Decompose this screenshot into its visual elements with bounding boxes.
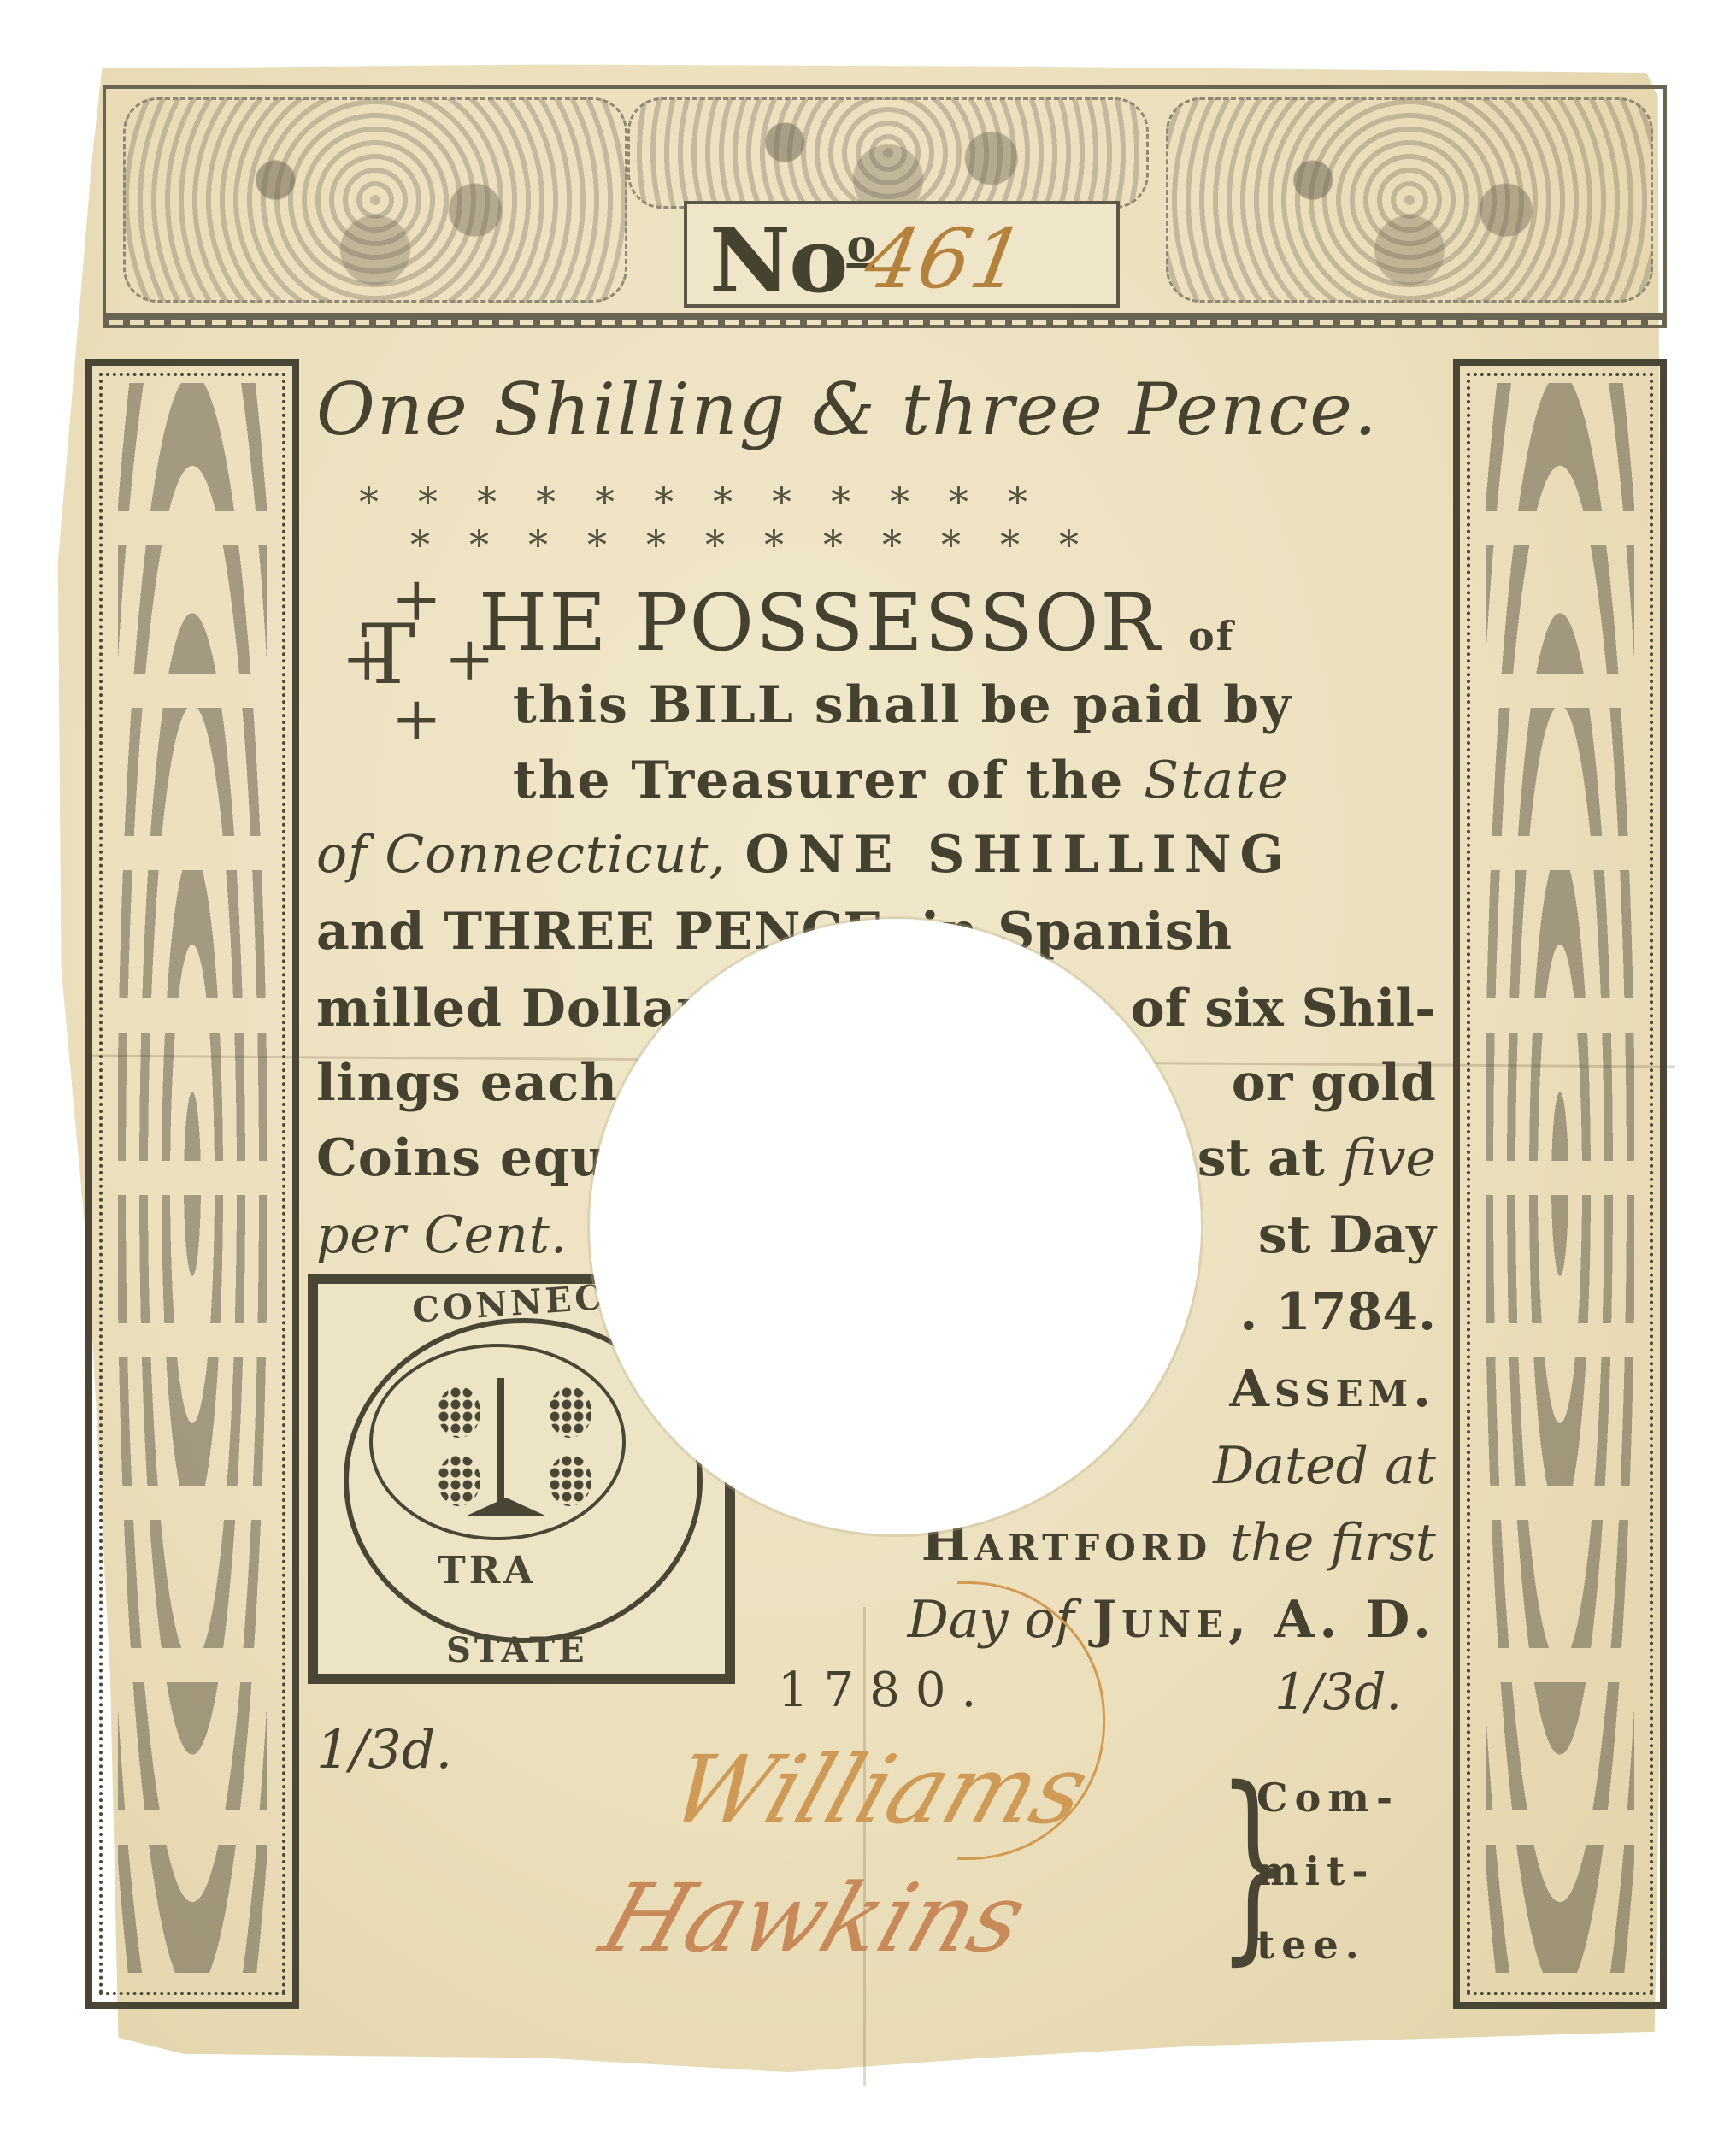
body-line-9-right: st Day — [1258, 1205, 1436, 1265]
serial-number-box: Noo 461 — [684, 201, 1120, 308]
value-right: 1/3d. — [1274, 1663, 1402, 1721]
crown-cornucopia-ornament-icon — [1166, 97, 1653, 303]
body-line-4: of Connecticut, ONE SHILLING — [316, 825, 1292, 885]
grape-cluster-icon — [549, 1455, 591, 1506]
serial-number: 461 — [858, 211, 1032, 307]
vine-scroll-ornament-icon — [1486, 383, 1634, 1985]
seal-bottom-text: STATE — [446, 1630, 588, 1670]
body-line-6-right: of six Shil- — [1131, 979, 1436, 1039]
crown-cornucopia-ornament-icon — [123, 97, 627, 303]
body-line-2: this BILL shall be paid by — [513, 675, 1292, 735]
denomination-title: One Shilling & three Pence. — [316, 368, 1379, 451]
cancellation-hole — [590, 919, 1201, 1534]
body-line-1: HE POSSESSOR of — [479, 577, 1234, 668]
signature-hawkins: Hawkins — [589, 1863, 1039, 1973]
body-line-3: the Treasurer of the State — [513, 751, 1290, 810]
body-line-13: Hartford the first — [921, 1513, 1436, 1573]
value-left: 1/3d. — [316, 1718, 452, 1781]
foliate-ornament-icon — [627, 97, 1149, 209]
grape-cluster-icon — [438, 1455, 480, 1506]
star-row-2: ************ — [410, 521, 1118, 568]
body-line-9-left: per Cent. — [316, 1205, 568, 1265]
signature-williams: Williams — [657, 1735, 1102, 1845]
right-ornamental-border — [1453, 359, 1667, 2009]
vine-scroll-ornament-icon — [118, 383, 267, 1985]
body-line-7-right: or gold — [1232, 1053, 1436, 1113]
drop-cap-initial: T — [361, 607, 415, 703]
serial-prefix: Noo — [709, 208, 874, 313]
left-ornamental-border — [85, 359, 299, 2009]
star-row-1: ************ — [359, 479, 1067, 525]
band-divider — [103, 316, 1667, 328]
grape-cluster-icon — [549, 1386, 591, 1438]
body-line-6-left: milled Dollar — [316, 979, 704, 1039]
committee-label: Com- mit- tee. — [1256, 1761, 1399, 1981]
body-line-11-right: Assem. — [1229, 1359, 1436, 1419]
body-line-8-left: Coins equ — [316, 1128, 609, 1188]
seal-motto: TRA — [438, 1549, 536, 1592]
grapevine-icon — [446, 1378, 600, 1523]
body-line-7-left: lings each — [316, 1053, 618, 1113]
body-line-12-right: Dated at — [1213, 1436, 1436, 1496]
grape-cluster-icon — [438, 1386, 480, 1438]
body-line-8-right: st at five — [1198, 1128, 1436, 1188]
body-line-10-right: . 1784. — [1239, 1282, 1436, 1342]
